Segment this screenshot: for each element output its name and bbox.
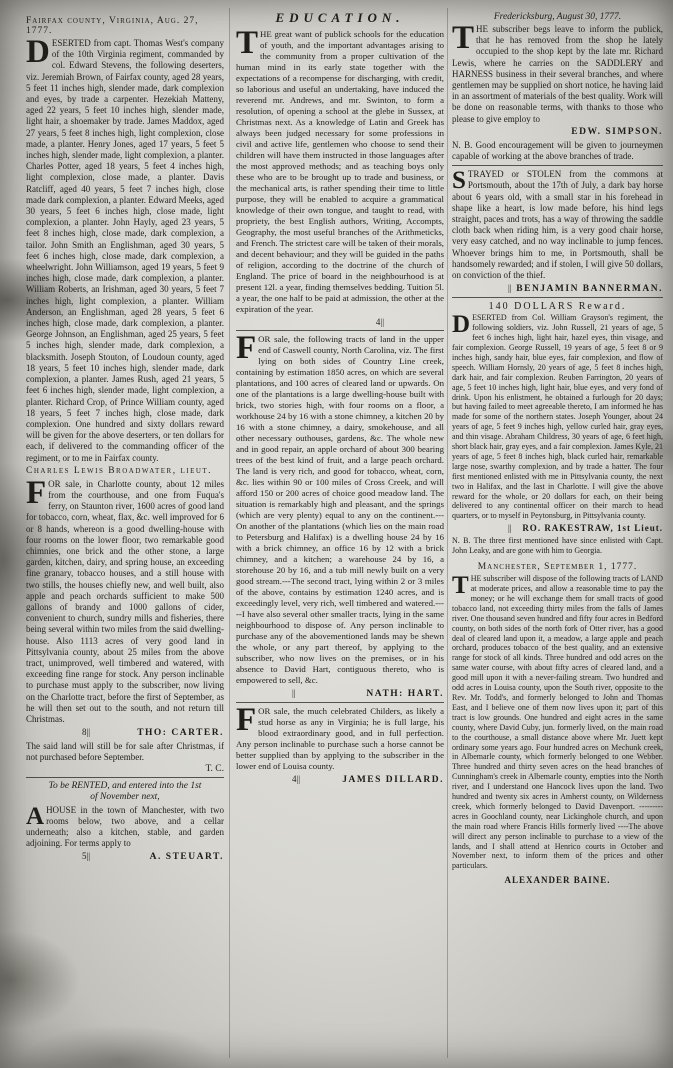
signature-line-hart: || NATH: HART.: [236, 688, 444, 699]
dropcap-f: F: [26, 479, 48, 507]
column-divider-left: [229, 8, 230, 1058]
dropcap-f: F: [236, 334, 258, 362]
article-childers-sale: FOR sale, the much celebrated Childers, …: [236, 706, 444, 785]
article-140-dollars-reward: 140 DOLLARS Reward. DESERTED from Col. W…: [452, 301, 663, 556]
signature-line-dillard: 4|| JAMES DILLARD.: [236, 774, 444, 785]
article-manchester-text: HE subscriber will dispose of the follow…: [452, 574, 663, 870]
article-caswell-text: OR sale, the following tracts of land in…: [236, 334, 444, 685]
article-caswell-body: FOR sale, the following tracts of land i…: [236, 334, 444, 686]
dateline-fairfax: Fairfax county, Virginia, Aug. 27, 1777.: [26, 16, 224, 36]
article-strayed-horse: STRAYED or STOLEN from the commons at Po…: [452, 169, 663, 294]
issue-mark: 4||: [376, 317, 384, 327]
issue-mark: 8||: [82, 727, 90, 737]
dateline-fredericksburg: Fredericksburg, August 30, 1777.: [452, 12, 663, 22]
article-saddlery: THE subscriber begs leave to inform the …: [452, 24, 663, 162]
article-charlotte-sale-body: FOR sale, in Charlotte county, about 12 …: [26, 479, 224, 725]
signature-line-baine: ALEXANDER BAINE.: [452, 875, 663, 885]
signature-line-carter: 8|| THO: CARTER.: [26, 727, 224, 738]
dropcap-f: F: [236, 706, 258, 734]
newspaper-page: Fairfax county, Virginia, Aug. 27, 1777.…: [0, 0, 673, 1068]
reward-nb: N. B. The three first mentioned have sin…: [452, 536, 663, 556]
dropcap-t: T: [452, 24, 476, 52]
dropcap-t: T: [452, 574, 471, 596]
dropcap-d: D: [26, 38, 52, 66]
dropcap-s: S: [452, 169, 468, 191]
issue-mark: 4||: [292, 774, 300, 784]
postscript-carter: The said land will still be for sale aft…: [26, 741, 224, 763]
issue-mark: ||: [292, 688, 296, 698]
signature-carter: THO: CARTER.: [137, 728, 224, 738]
article-deserted-west-body: DESERTED from capt. Thomas West's compan…: [26, 38, 224, 464]
article-rented-body: AHOUSE in the town of Manchester, with t…: [26, 805, 224, 850]
signature-hart: NATH: HART.: [366, 689, 444, 699]
dateline-fairfax-text: Fairfax county, Virginia, Aug. 27, 1777.: [26, 16, 198, 36]
signature-line-simpson: EDW. SIMPSON.: [452, 127, 663, 137]
signature-baine: ALEXANDER BAINE.: [504, 875, 610, 885]
section-rule: [26, 777, 224, 778]
section-rule: [452, 165, 663, 166]
article-strayed-text: TRAYED or STOLEN from the commons at Por…: [452, 169, 663, 280]
dateline-manchester-text: Manchester, September 1, 1777.: [478, 562, 638, 572]
dateline-manchester: Manchester, September 1, 1777.: [452, 562, 663, 572]
reward-heading: 140 DOLLARS Reward.: [452, 301, 663, 312]
issue-mark: 5||: [82, 851, 90, 861]
article-reward-body: DESERTED from Col. William Grayson's reg…: [452, 313, 663, 521]
article-saddlery-text: HE subscriber begs leave to inform the p…: [452, 24, 663, 124]
article-deserted-west: DESERTED from capt. Thomas West's compan…: [26, 38, 224, 476]
article-childers-body: FOR sale, the much celebrated Childers, …: [236, 706, 444, 772]
section-rule: [452, 297, 663, 298]
education-mark-line: 4||: [236, 317, 444, 327]
signature-dillard: JAMES DILLARD.: [342, 775, 444, 785]
education-heading: EDUCATION.: [236, 10, 444, 26]
article-saddlery-body: THE subscriber begs leave to inform the …: [452, 24, 663, 125]
rented-heading-line1: To be RENTED, and entered into the 1st: [26, 781, 224, 792]
rented-heading-line2: of November next,: [26, 792, 224, 803]
article-rented-text: HOUSE in the town of Manchester, with tw…: [26, 805, 224, 849]
signature-line-steuart: 5|| A. STEUART.: [26, 851, 224, 862]
signature-rakestraw: RO. RAKESTRAW, 1st Lieut.: [522, 523, 663, 533]
saddlery-nb: N. B. Good encouragement will be given t…: [452, 140, 663, 162]
article-charlotte-sale-text: OR sale, in Charlotte county, about 12 m…: [26, 479, 224, 724]
issue-mark: ||: [508, 523, 512, 533]
column-divider-right: [447, 8, 448, 1058]
article-manchester-body: THE subscriber will dispose of the follo…: [452, 574, 663, 871]
section-rule: [236, 702, 444, 703]
signature-bannerman: BENJAMIN BANNERMAN.: [516, 284, 663, 294]
article-to-be-rented: To be RENTED, and entered into the 1st o…: [26, 781, 224, 863]
column-right: Fredericksburg, August 30, 1777. THE sub…: [452, 12, 663, 1060]
signature-tc: T. C.: [205, 764, 224, 774]
signature-steuart: A. STEUART.: [150, 852, 224, 862]
rented-heading: To be RENTED, and entered into the 1st o…: [26, 781, 224, 803]
dropcap-a: A: [26, 805, 46, 827]
column-left: Fairfax county, Virginia, Aug. 27, 1777.…: [26, 16, 224, 1060]
section-rule: [236, 330, 444, 331]
article-caswell-sale: FOR sale, the following tracts of land i…: [236, 334, 444, 699]
article-childers-text: OR sale, the much celebrated Childers, a…: [236, 706, 444, 771]
article-education-text: HE great want of publick schools for the…: [236, 29, 444, 314]
article-strayed-body: STRAYED or STOLEN from the commons at Po…: [452, 169, 663, 281]
article-manchester-land: Manchester, September 1, 1777. THE subsc…: [452, 562, 663, 885]
article-education: THE great want of publick schools for th…: [236, 29, 444, 327]
dropcap-d: D: [452, 313, 472, 335]
issue-mark: ||: [508, 283, 512, 293]
postscript-sig-line: T. C.: [26, 764, 224, 774]
signature-line-bannerman: || BENJAMIN BANNERMAN.: [452, 283, 663, 294]
signature-line-rakestraw: || RO. RAKESTRAW, 1st Lieut.: [452, 523, 663, 533]
signature-simpson: EDW. SIMPSON.: [571, 127, 663, 137]
dropcap-t: T: [236, 29, 260, 57]
signature-broadwater: Charles Lewis Broadwater, lieut.: [26, 466, 224, 476]
article-deserted-west-text: ESERTED from capt. Thomas West's company…: [26, 38, 224, 463]
article-education-body: THE great want of publick schools for th…: [236, 29, 444, 315]
article-charlotte-sale: FOR sale, in Charlotte county, about 12 …: [26, 479, 224, 774]
column-middle: EDUCATION. THE great want of publick sch…: [236, 10, 444, 1060]
article-reward-text: ESERTED from Col. William Grayson's regi…: [452, 313, 663, 520]
